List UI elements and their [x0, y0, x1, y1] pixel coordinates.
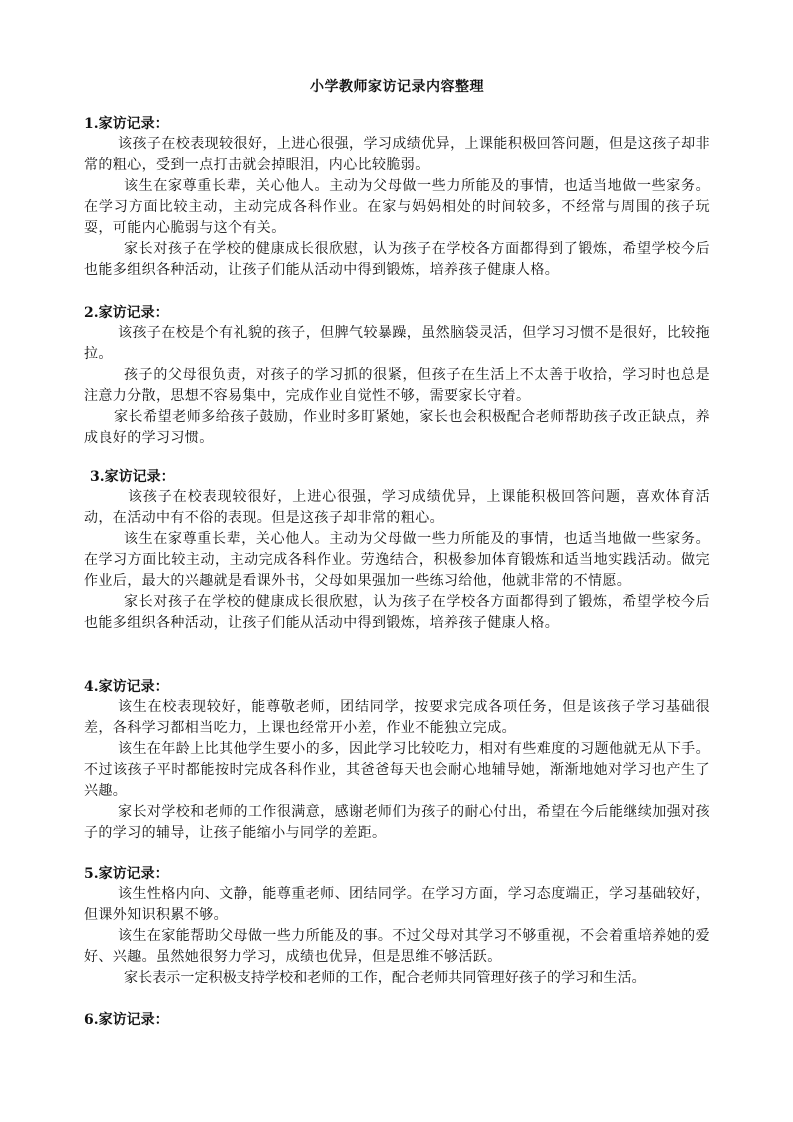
section-paragraph: 该孩子在校表现较很好，上进心很强，学习成绩优异，上课能积极回答问题，喜欢体育活动… — [84, 487, 710, 529]
visit-record-section-1: 1.家访记录： 该孩子在校表现较很好，上进心很强，学习成绩优异，上课能积极回答问… — [84, 114, 710, 281]
section-paragraph: 孩子的父母很负责，对孩子的学习抓的很紧，但孩子在生活上不太善于收拾，学习时也总是… — [84, 365, 710, 407]
section-heading: 6.家访记录： — [84, 1010, 710, 1030]
section-paragraph: 该生性格内向、文静，能尊重老师、团结同学。在学习方面，学习态度端正，学习基础较好… — [84, 884, 710, 926]
visit-record-section-4: 4.家访记录： 该生在校表现较好，能尊敬老师，团结同学，按要求完成各项任务，但是… — [84, 677, 710, 844]
section-paragraph: 该孩子在校表现较很好，上进心很强，学习成绩优异，上课能积极回答问题，但是这孩子却… — [84, 134, 710, 176]
section-paragraph: 家长表示一定积极支持学校和老师的工作，配合老师共同管理好孩子的学习和生活。 — [84, 968, 710, 989]
visit-record-section-6: 6.家访记录： — [84, 1010, 710, 1030]
section-heading: 1.家访记录： — [84, 114, 710, 134]
section-paragraph: 家长对孩子在学校的健康成长很欣慰，认为孩子在学校各方面都得到了锻炼，希望学校今后… — [84, 239, 710, 281]
section-paragraph: 家长对孩子在学校的健康成长很欣慰，认为孩子在学校各方面都得到了锻炼，希望学校今后… — [84, 592, 710, 634]
page-title: 小学教师家访记录内容整理 — [84, 76, 710, 96]
visit-record-section-5: 5.家访记录： 该生性格内向、文静，能尊重老师、团结同学。在学习方面，学习态度端… — [84, 864, 710, 989]
section-paragraph: 该生在校表现较好，能尊敬老师，团结同学，按要求完成各项任务，但是该孩子学习基础很… — [84, 697, 710, 739]
section-paragraph: 该生在家尊重长辈，关心他人。主动为父母做一些力所能及的事情，也适当地做一些家务。… — [84, 176, 710, 239]
section-paragraph: 该生在家能帮助父母做一些力所能及的事。不过父母对其学习不够重视，不会着重培养她的… — [84, 926, 710, 968]
section-heading: 4.家访记录： — [84, 677, 710, 697]
visit-record-section-3: 3.家访记录： 该孩子在校表现较很好，上进心很强，学习成绩优异，上课能积极回答问… — [84, 467, 710, 634]
section-paragraph: 家长希望老师多给孩子鼓励，作业时多盯紧她，家长也会积极配合老师帮助孩子改正缺点，… — [84, 407, 710, 449]
section-paragraph: 该生在家尊重长辈，关心他人。主动为父母做一些力所能及的事情，也适当地做一些家务。… — [84, 529, 710, 592]
section-heading: 3.家访记录： — [84, 467, 710, 487]
section-paragraph: 家长对学校和老师的工作很满意，感谢老师们为孩子的耐心付出，希望在今后能继续加强对… — [84, 802, 710, 844]
section-heading: 5.家访记录： — [84, 864, 710, 884]
section-heading: 2.家访记录： — [84, 303, 710, 323]
section-paragraph: 该孩子在校是个有礼貌的孩子，但脾气较暴躁，虽然脑袋灵活，但学习习惯不是很好，比较… — [84, 323, 710, 365]
section-paragraph: 该生在年龄上比其他学生要小的多，因此学习比较吃力，相对有些难度的习题他就无从下手… — [84, 739, 710, 802]
visit-record-section-2: 2.家访记录： 该孩子在校是个有礼貌的孩子，但脾气较暴躁，虽然脑袋灵活，但学习习… — [84, 303, 710, 449]
